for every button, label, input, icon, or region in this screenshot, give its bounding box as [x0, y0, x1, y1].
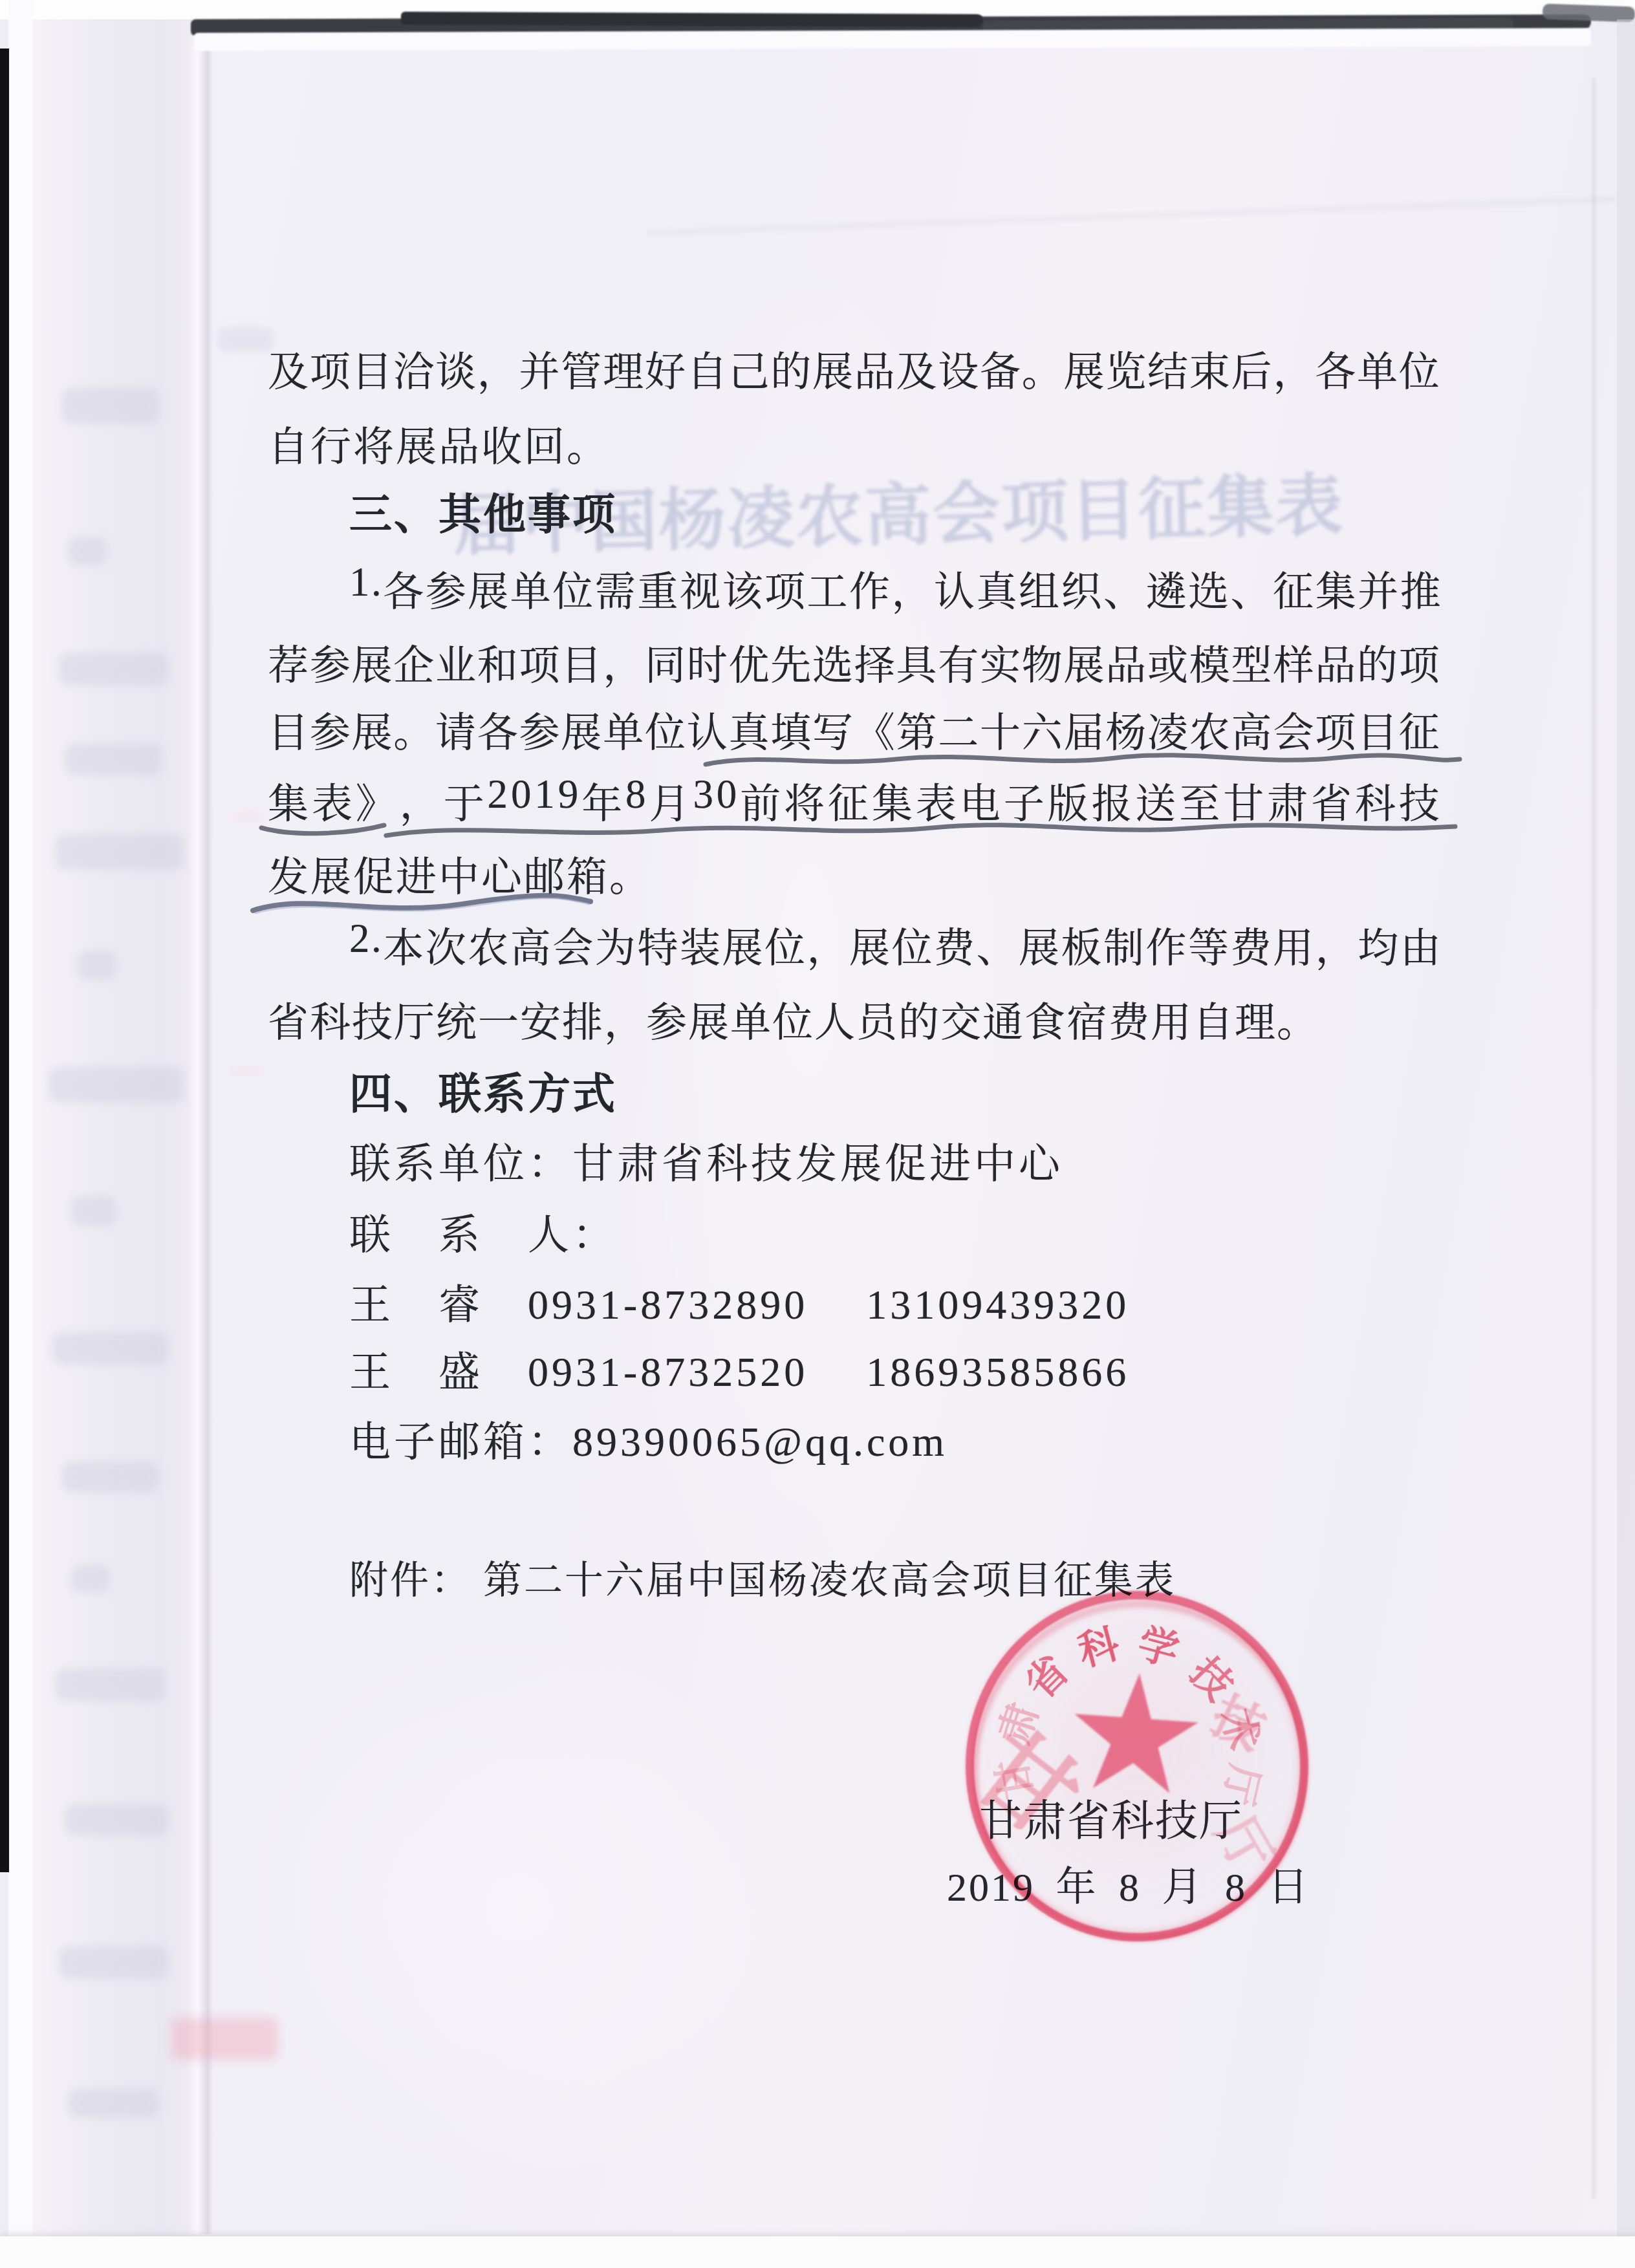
wavy-underline [702, 745, 1465, 773]
wavy-underline [383, 814, 1460, 843]
bleed-through-smudge [78, 951, 116, 980]
scan-left-shadow-bar [0, 49, 9, 1872]
body-line: 2.本次农高会为特装展位，展位费、展板制作等费用，均由 [349, 915, 1441, 974]
bleed-through-smudge [58, 1947, 168, 1979]
contact-email-line: 电子邮箱：89390065@qq.com [349, 1409, 947, 1468]
bleed-through-smudge [217, 327, 275, 352]
scan-left-margin [8, 0, 32, 2268]
bleed-through-smudge [55, 834, 184, 870]
bleed-through-smudge [65, 1804, 168, 1835]
scanner-bottom-edge [0, 2236, 1635, 2268]
bleed-through-smudge [61, 1462, 158, 1493]
page-top-edge-shadow [401, 12, 983, 27]
scanned-document-page: { "doc": { "intro_line1": "及项目洽谈，并管理好自己的… [0, 0, 1635, 2268]
bleed-through-smudge [71, 1565, 110, 1592]
attachment-line: 附件： 第二十六届中国杨凌农高会项目征集表 [349, 1550, 1176, 1605]
body-line: 及项目洽谈，并管理好自己的展品及设备。展览结束后，各单位 [268, 339, 1440, 398]
bleed-through-smudge [49, 1067, 184, 1103]
bleed-through-smudge [71, 1196, 116, 1226]
bleed-through-smudge [61, 388, 158, 424]
bleed-through-smudge [68, 537, 107, 566]
wavy-underline [249, 887, 595, 920]
page-right-edge [1617, 19, 1635, 2238]
bleed-through-smudge [65, 744, 162, 775]
body-line: 自行将展品收回。 [268, 414, 609, 473]
body-line: 省科技厅统一安排，参展单位人员的交通食宿费用自理。 [268, 989, 1319, 1048]
bleed-through-smudge [55, 1669, 165, 1701]
pink-ink-smear [228, 1068, 265, 1075]
section-heading-4: 四、联系方式 [349, 1059, 617, 1121]
contact-person-line: 王 睿 0931-8732890 13109439320 [349, 1271, 1129, 1331]
paper-sheen [226, 1617, 808, 2199]
page-fold-ridge [188, 36, 213, 2234]
wavy-underline [259, 816, 388, 841]
bleed-through-smudge [58, 653, 168, 686]
underlying-page-edge [26, 19, 207, 2238]
bleed-through-smudge [52, 1332, 168, 1365]
section-heading-3: 三、其他事项 [349, 480, 617, 541]
paper-crease [1592, 78, 1596, 2199]
bleed-through-smudge [68, 2089, 158, 2118]
contact-person-line: 王 盛 0931-8732520 18693585866 [349, 1339, 1129, 1398]
pink-ink-smear [171, 2018, 278, 2060]
body-line: 荐参展企业和项目，同时优先选择具有实物展品或模型样品的项 [268, 632, 1440, 691]
body-line: 1.各参展单位需重视该项工作，认真组织、遴选、征集并推 [349, 559, 1441, 618]
contact-label-line: 联 系 人： [349, 1202, 617, 1261]
contact-org-line: 联系单位：甘肃省科技发展促进中心 [349, 1130, 1063, 1190]
